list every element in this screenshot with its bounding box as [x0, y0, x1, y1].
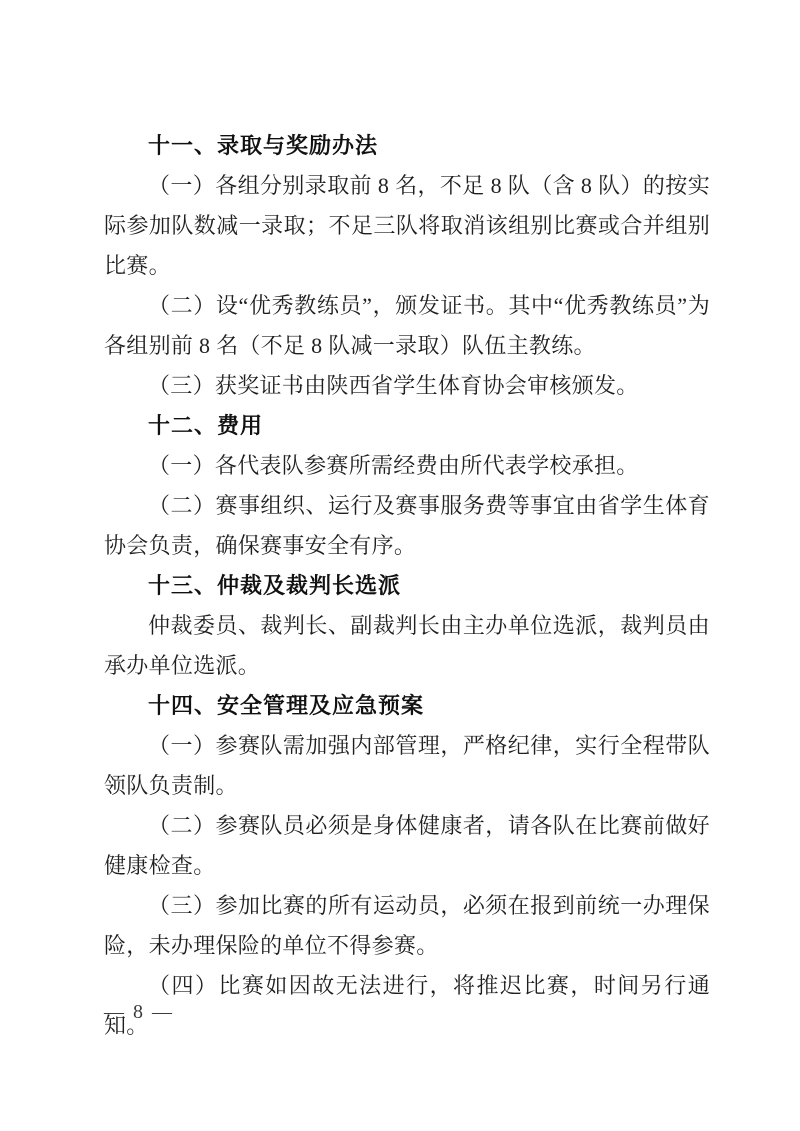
paragraph: （一）各组分别录取前 8 名，不足 8 队（含 8 队）的按实际参加队数减一录取… — [104, 166, 710, 286]
paragraph: （一）参赛队需加强内部管理，严格纪律，实行全程带队领队负责制。 — [104, 726, 710, 806]
paragraph: 仲裁委员、裁判长、副裁判长由主办单位选派，裁判员由承办单位选派。 — [104, 606, 710, 686]
paragraph: （三）获奖证书由陕西省学生体育协会审核颁发。 — [104, 366, 710, 406]
paragraph: （二）设“优秀教练员”，颁发证书。其中“优秀教练员”为各组别前 8 名（不足 8… — [104, 286, 710, 366]
page-number: — 8 — — [104, 998, 174, 1026]
section-heading-12: 十二、费用 — [104, 406, 710, 446]
section-heading-14: 十四、安全管理及应急预案 — [104, 686, 710, 726]
document-body: 十一、录取与奖励办法 （一）各组分别录取前 8 名，不足 8 队（含 8 队）的… — [104, 126, 710, 1046]
paragraph: （三）参加比赛的所有运动员，必须在报到前统一办理保险，未办理保险的单位不得参赛。 — [104, 886, 710, 966]
section-heading-13: 十三、仲裁及裁判长选派 — [104, 566, 710, 606]
paragraph: （四）比赛如因故无法进行，将推迟比赛，时间另行通知。 — [104, 966, 710, 1046]
paragraph: （一）各代表队参赛所需经费由所代表学校承担。 — [104, 446, 710, 486]
document-page: 十一、录取与奖励办法 （一）各组分别录取前 8 名，不足 8 队（含 8 队）的… — [0, 0, 800, 1131]
paragraph: （二）参赛队员必须是身体健康者，请各队在比赛前做好健康检查。 — [104, 806, 710, 886]
paragraph: （二）赛事组织、运行及赛事服务费等事宜由省学生体育协会负责，确保赛事安全有序。 — [104, 486, 710, 566]
section-heading-11: 十一、录取与奖励办法 — [104, 126, 710, 166]
